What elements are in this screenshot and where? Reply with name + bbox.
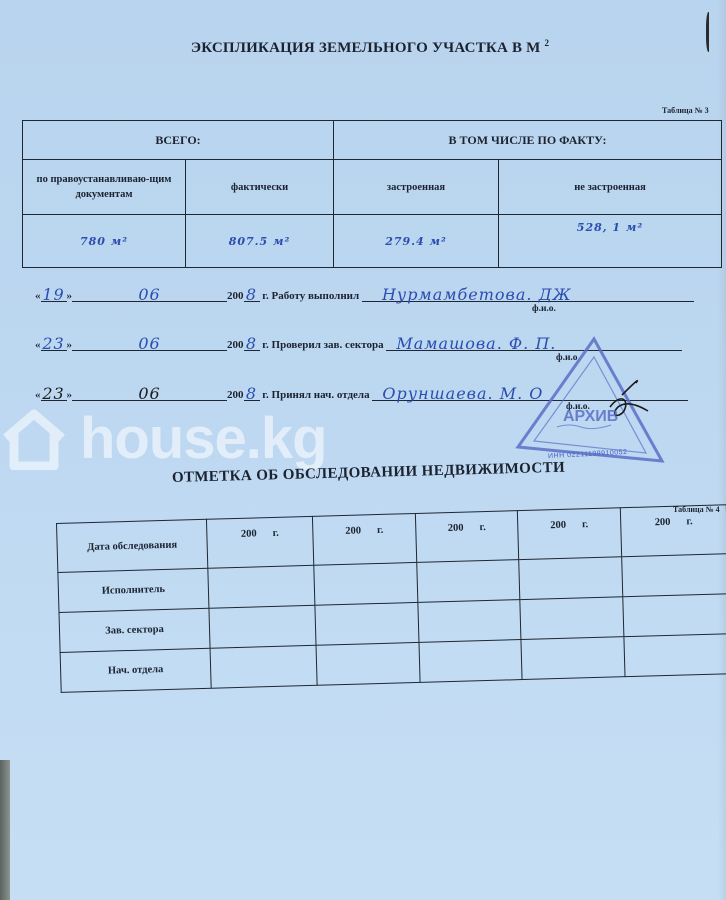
inspection-table-wrap: Дата обследования200г.200г.200г.200г.200… bbox=[56, 504, 726, 693]
page-edge-shadow bbox=[0, 760, 10, 900]
action-label: Проверил зав. сектора bbox=[272, 339, 384, 351]
date-cell: 200г. bbox=[312, 513, 416, 565]
action-label: Работу выполнил bbox=[272, 290, 360, 302]
year-prefix: 200 bbox=[227, 389, 244, 401]
date-prefix: 200 bbox=[550, 520, 566, 531]
inspection-table: Дата обследования200г.200г.200г.200г.200… bbox=[56, 504, 726, 693]
date-cell: 200г. bbox=[206, 516, 313, 568]
signer-name: Нурмамбетова. ДЖ bbox=[362, 285, 694, 302]
year-suffix: 8 bbox=[244, 285, 260, 302]
day: 23 bbox=[41, 334, 67, 351]
col-by-documents: по правоустанавливаю-щим документам bbox=[23, 160, 186, 215]
day: 23 bbox=[41, 384, 67, 401]
empty-cell bbox=[208, 565, 315, 608]
empty-cell bbox=[622, 554, 726, 597]
month: 06 bbox=[72, 384, 227, 401]
row-label: Зав. сектора bbox=[59, 608, 210, 652]
value-by-documents: 780 м² bbox=[23, 215, 186, 268]
day: 19 bbox=[41, 285, 67, 302]
date-prefix: 200 bbox=[241, 528, 257, 539]
date-prefix: 200 bbox=[345, 525, 361, 536]
year-prefix: 200 bbox=[227, 290, 244, 302]
date-unit: г. bbox=[479, 522, 486, 533]
row-label: Дата обследования bbox=[57, 519, 208, 572]
title-superscript: 2 bbox=[544, 38, 549, 48]
month: 06 bbox=[72, 334, 227, 351]
fio-label: ф.и.о. bbox=[532, 304, 556, 314]
col-built: застроенная bbox=[334, 160, 499, 215]
stamp-label: АРХИВ bbox=[563, 408, 618, 426]
date-unit: г. bbox=[686, 516, 693, 527]
empty-cell bbox=[210, 645, 317, 688]
watermark: house.kg bbox=[2, 405, 327, 472]
year-unit: г. bbox=[262, 339, 269, 351]
empty-cell bbox=[624, 634, 726, 677]
date-prefix: 200 bbox=[448, 523, 464, 534]
title-text: ЭКСПЛИКАЦИЯ ЗЕМЕЛЬНОГО УЧАСТКА В М bbox=[191, 40, 541, 56]
house-icon bbox=[2, 408, 66, 470]
year-unit: г. bbox=[262, 389, 269, 401]
table3-label: Таблица № 3 bbox=[662, 106, 709, 115]
value-actual: 807.5 м² bbox=[186, 215, 334, 268]
empty-cell bbox=[315, 602, 419, 645]
empty-cell bbox=[521, 637, 625, 680]
date-prefix: 200 bbox=[655, 517, 671, 528]
date-cell: 200г. bbox=[517, 508, 621, 560]
date-cell: 200г. bbox=[620, 505, 726, 557]
empty-cell bbox=[314, 562, 418, 605]
action-label: Принял нач. отдела bbox=[272, 389, 370, 401]
explication-table: ВСЕГО: В ТОМ ЧИСЛЕ ПО ФАКТУ: по правоуст… bbox=[22, 120, 722, 268]
empty-cell bbox=[209, 605, 316, 648]
date-unit: г. bbox=[272, 528, 279, 539]
empty-cell bbox=[419, 640, 522, 683]
value-built: 279.4 м² bbox=[334, 215, 499, 268]
date-unit: г. bbox=[377, 525, 384, 536]
col-not-built: не застроенная bbox=[499, 160, 722, 215]
year-suffix: 8 bbox=[244, 384, 260, 401]
row-label: Исполнитель bbox=[58, 568, 209, 612]
date-cell: 200г. bbox=[415, 511, 518, 563]
empty-cell bbox=[520, 597, 624, 640]
date-unit: г. bbox=[582, 519, 589, 530]
empty-cell bbox=[623, 594, 726, 637]
empty-cell bbox=[418, 600, 521, 643]
year-unit: г. bbox=[262, 290, 269, 302]
watermark-text: house.kg bbox=[80, 405, 327, 472]
month: 06 bbox=[72, 285, 227, 302]
empty-cell bbox=[519, 557, 623, 600]
year-suffix: 8 bbox=[244, 334, 260, 351]
col-actual: фактически bbox=[186, 160, 334, 215]
year-prefix: 200 bbox=[227, 339, 244, 351]
header-total: ВСЕГО: bbox=[23, 121, 334, 160]
row-label: Нач. отдела bbox=[60, 648, 211, 692]
empty-cell bbox=[417, 560, 520, 603]
value-not-built: 528, 1 м² bbox=[499, 215, 722, 268]
document-title: ЭКСПЛИКАЦИЯ ЗЕМЕЛЬНОГО УЧАСТКА В М 2 bbox=[0, 38, 726, 57]
header-by-fact: В ТОМ ЧИСЛЕ ПО ФАКТУ: bbox=[334, 121, 722, 160]
signature-row-performed: «19»062008 г. Работу выполнил Нурмамбето… bbox=[35, 285, 694, 305]
empty-cell bbox=[316, 642, 420, 685]
